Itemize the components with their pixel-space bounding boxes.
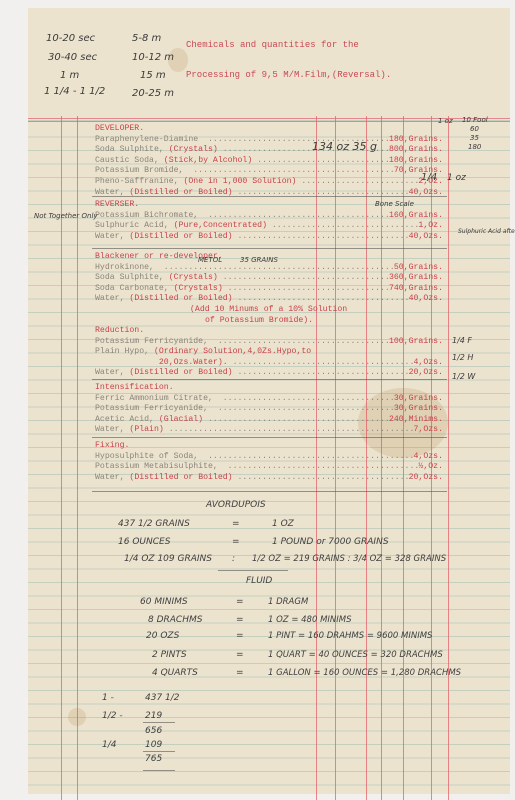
- margin-note: 30-40 sec: [48, 52, 97, 63]
- column-note: 1 oz: [438, 117, 453, 125]
- chemical-qualifier: (Crystals): [169, 273, 218, 284]
- chemical-name: Acetic Acid,: [95, 415, 159, 426]
- calc-value: 219: [145, 711, 162, 721]
- leader-dots: ........................................…: [218, 273, 389, 284]
- chemical-name: Soda Sulphite,: [95, 273, 169, 284]
- chemical-name: Plain Hypo,: [95, 347, 154, 358]
- chemical-row: Water, (Distilled or Boiled) ...........…: [95, 473, 443, 484]
- leader-dots: ........................................…: [233, 368, 409, 379]
- leader-dots: ........................................…: [203, 211, 389, 222]
- chemical-quantity: 4,Ozs.: [414, 452, 443, 463]
- calc-label: 1/4: [102, 740, 116, 750]
- chemical-row: Soda Sulphite, (Crystals) ..............…: [95, 273, 443, 284]
- section-note: (Add 10 Minums of a 10% Solution: [190, 305, 347, 316]
- leader-dots: ........................................…: [203, 452, 413, 463]
- conversion-right: 1 GALLON = 160 OUNCES = 1,280 DRACHMS: [268, 668, 461, 678]
- chemical-row: Plain Hypo, (Ordinary Solution,4,0Zs.Hyp…: [95, 347, 443, 358]
- chemical-quantity: 50,Grains.: [394, 263, 443, 274]
- chemical-name: Potassium Bichromate,: [95, 211, 203, 222]
- chemical-name: Pheno-Saffranine,: [95, 177, 183, 188]
- chemical-quantity: 40,Ozs.: [409, 232, 443, 243]
- conversion-equals: :: [232, 554, 235, 564]
- chemical-quantity: 360,Grains.: [389, 273, 443, 284]
- leader-dots: ........................................…: [296, 177, 418, 188]
- conversion-equals: =: [236, 615, 244, 625]
- chemical-quantity: 20,Ozs.: [409, 368, 443, 379]
- chemical-name: Potassium Ferricyanide,: [95, 404, 213, 415]
- chemical-name: Hyposulphite of Soda,: [95, 452, 203, 463]
- chemical-qualifier: (One in 1,000 Solution): [183, 177, 296, 188]
- conversion-left: 8 DRACHMS: [148, 615, 202, 625]
- chemical-qualifier: (Distilled or Boiled): [129, 294, 232, 305]
- chemical-row: Hydrokinone, ...........................…: [95, 263, 443, 274]
- section-heading: DEVELOPER.: [95, 124, 144, 133]
- margin-note: 1 m: [60, 70, 79, 81]
- sum-line: [143, 770, 175, 771]
- chemical-quantity: 7,Ozs.: [414, 425, 443, 436]
- handwritten-annotation: 35 GRAINS: [240, 256, 278, 264]
- chemical-name: Caustic Soda,: [95, 156, 164, 167]
- sum-line: [143, 722, 175, 723]
- chemical-row: Potassium Metabisulphite, ..............…: [95, 462, 443, 473]
- chemical-qualifier: (Distilled or Boiled): [129, 368, 232, 379]
- conversion-right: 1 POUND or 7000 GRAINS: [272, 537, 389, 547]
- conversion-equals: =: [236, 631, 244, 641]
- chemical-qualifier: (Pure,Concentrated): [174, 221, 267, 232]
- chemical-name: Hydrokinone,: [95, 263, 159, 274]
- conversion-left: 1/4 OZ 109 GRAINS: [124, 554, 212, 564]
- section-divider: [92, 379, 447, 380]
- column-line: [448, 116, 449, 800]
- chemical-quantity: 800,Grains.: [389, 145, 443, 156]
- conversion-left: 437 1/2 GRAINS: [118, 519, 190, 529]
- chemical-name: Soda Carbonate,: [95, 284, 174, 295]
- chemical-quantity: 1,Oz.: [418, 221, 443, 232]
- chemical-row: Ferric Ammonium Citrate, ...............…: [95, 394, 443, 405]
- chemical-row: Soda Carbonate, (Crystals) .............…: [95, 284, 443, 295]
- chemical-row: Potassium Bichromate, ..................…: [95, 211, 443, 222]
- calc-value: 437 1/2: [145, 693, 180, 703]
- conversion-right: 1 QUART = 40 OUNCES = 320 DRACHMS: [268, 650, 443, 660]
- conversion-right: 1 OZ = 480 MINIMS: [268, 615, 352, 625]
- conversion-left: 2 PINTS: [152, 650, 187, 660]
- handwritten-annotation: 1/4 F: [452, 336, 472, 345]
- conversion-right: 1 OZ: [272, 519, 294, 529]
- conversion-equals: =: [236, 668, 244, 678]
- chemical-row: Water, (Distilled or Boiled) ...........…: [95, 294, 443, 305]
- leader-dots: ........................................…: [267, 221, 418, 232]
- handwritten-annotation: Not Together Only: [34, 212, 98, 220]
- leader-dots: ........................................…: [203, 415, 389, 426]
- chemical-row: Acetic Acid, (Glacial) .................…: [95, 415, 443, 426]
- corner-note: 60: [470, 125, 479, 133]
- section-heading: Reduction.: [95, 326, 144, 335]
- chemical-qualifier: (Glacial): [159, 415, 203, 426]
- chemical-quantity: 180,Grains.: [389, 156, 443, 167]
- chemical-name: Water,: [95, 232, 129, 243]
- section-heading: REVERSER.: [95, 200, 139, 209]
- chemical-name: Water,: [95, 294, 129, 305]
- calc-label: 1 -: [102, 693, 114, 703]
- calc-value: 656: [145, 726, 162, 736]
- section-heading: Fixing.: [95, 441, 129, 450]
- chemical-row: Water, (Distilled or Boiled) ...........…: [95, 232, 443, 243]
- chemical-row: Water, (Plain) .........................…: [95, 425, 443, 436]
- chemical-name: Potassium Metabisulphite,: [95, 462, 223, 473]
- chemical-quantity: 180,Grains.: [389, 135, 443, 146]
- section-divider: [92, 491, 447, 492]
- leader-dots: ........................................…: [233, 294, 409, 305]
- leader-dots: ........................................…: [233, 473, 409, 484]
- chemical-name: [95, 358, 159, 369]
- leader-dots: ........................................…: [223, 284, 389, 295]
- chemical-qualifier: (Stick,by Alcohol): [164, 156, 252, 167]
- conversion-left: 16 OUNCES: [118, 537, 170, 547]
- handwritten-annotation: 134 oz 35 g: [312, 140, 377, 153]
- margin-note: 20-25 m: [132, 88, 174, 99]
- document-title-line-2: Processing of 9,5 M/M.Film,(Reversal).: [186, 70, 391, 80]
- conversion-equals: =: [232, 519, 240, 529]
- conversion-equals: =: [236, 650, 244, 660]
- conversion-left: 60 MINIMS: [140, 597, 188, 607]
- conversion-equals: =: [232, 537, 240, 547]
- chemical-qualifier: (Distilled or Boiled): [129, 232, 232, 243]
- chemical-quantity: ½,Oz.: [418, 462, 443, 473]
- chemical-qualifier: (Crystals): [174, 284, 223, 295]
- conversion-right: 1/2 OZ = 219 GRAINS : 3/4 OZ = 328 GRAIN…: [252, 554, 446, 564]
- chemical-row: Potassium Ferricyanide, ................…: [95, 404, 443, 415]
- margin-note: 10-12 m: [132, 52, 174, 63]
- chemical-row: Hyposulphite of Soda, ..................…: [95, 452, 443, 463]
- handwritten-annotation: 1/2 W: [452, 372, 475, 381]
- leader-dots: ........................................…: [213, 337, 389, 348]
- leader-dots: ........................................…: [228, 358, 414, 369]
- handwritten-annotation: Bone Scale: [375, 200, 414, 208]
- margin-note: 5-8 m: [132, 33, 161, 44]
- section-divider: [92, 437, 447, 438]
- margin-note: 10-20 sec: [46, 33, 95, 44]
- margin-note: 1 1/4 - 1 1/2: [44, 86, 105, 97]
- sum-line: [143, 751, 175, 752]
- chemical-qualifier: (Crystals): [169, 145, 218, 156]
- conversion-left: 4 QUARTS: [152, 668, 198, 678]
- chemical-row: Caustic Soda, (Stick,by Alcohol) .......…: [95, 156, 443, 167]
- leader-dots: ........................................…: [223, 462, 419, 473]
- section-divider: [92, 248, 447, 249]
- conversion-left: 20 OZS: [146, 631, 179, 641]
- leader-dots: ........................................…: [159, 263, 394, 274]
- chemical-quantity: 160,Grains.: [389, 211, 443, 222]
- section-divider: [92, 196, 447, 197]
- section-heading: Intensification.: [95, 383, 174, 392]
- chemical-row: 20,Ozs.Water). .........................…: [95, 358, 443, 369]
- chemical-name: Sulphuric Acid,: [95, 221, 174, 232]
- chemical-name: Soda Sulphite,: [95, 145, 169, 156]
- chemical-quantity: 740,Grains.: [389, 284, 443, 295]
- chemical-row: Soda Sulphite, (Crystals) ..............…: [95, 145, 443, 156]
- conversion-right: 1 DRAGM: [268, 597, 308, 607]
- chemical-quantity: 240,Minims.: [389, 415, 443, 426]
- chemical-quantity: 20,Ozs.: [409, 473, 443, 484]
- conversion-right: 1 PINT = 160 DRAHMS = 9600 MINIMS: [268, 631, 432, 641]
- handwritten-annotation: 1/2 H: [452, 353, 473, 362]
- fluid-heading: FLUID: [246, 576, 272, 586]
- chemical-qualifier: (Ordinary Solution,4,0Zs.Hypo,to: [154, 347, 311, 358]
- leader-dots: ........................................…: [218, 394, 394, 405]
- chemical-quantity: 30,Grains.: [394, 394, 443, 405]
- calc-label: 1/2 -: [102, 711, 123, 721]
- divider: [218, 570, 288, 571]
- chemical-name: Potassium Ferricyanide,: [95, 337, 213, 348]
- chemical-name: Water,: [95, 368, 129, 379]
- document-title-line-1: Chemicals and quantities for the: [186, 40, 359, 50]
- leader-dots: ........................................…: [233, 232, 409, 243]
- chemical-name: Ferric Ammonium Citrate,: [95, 394, 218, 405]
- calc-value: 109: [145, 740, 162, 750]
- handwritten-annotation: 1 oz: [447, 173, 466, 183]
- chemical-row: Pheno-Saffranine, (One in 1,000 Solution…: [95, 177, 443, 188]
- handwritten-annotation: 1/4: [421, 172, 437, 183]
- handwritten-annotation: METOL: [198, 256, 222, 264]
- chemical-name: Water,: [95, 425, 129, 436]
- chemical-row: Paraphenylene-Diamine ..................…: [95, 135, 443, 146]
- chemical-row: Water, (Distilled or Boiled) ...........…: [95, 368, 443, 379]
- chemical-name: Potassium Bromide,: [95, 166, 188, 177]
- chemical-name: Water,: [95, 473, 129, 484]
- chemical-qualifier: (Distilled or Boiled): [129, 473, 232, 484]
- chemical-qualifier: 20,Ozs.Water).: [159, 358, 228, 369]
- corner-note: 180: [468, 143, 481, 151]
- chemical-quantity: 30,Grains.: [394, 404, 443, 415]
- chemical-quantity: 100,Grains.: [389, 337, 443, 348]
- chemical-quantity: 40,Ozs.: [409, 294, 443, 305]
- chemical-row: Potassium Ferricyanide, ................…: [95, 337, 443, 348]
- avoirdupois-heading: AVORDUPOIS: [206, 500, 266, 510]
- section-note: of Potassium Bromide).: [205, 316, 313, 327]
- leader-dots: ........................................…: [188, 166, 394, 177]
- leader-dots: [311, 347, 443, 358]
- chemical-name: Paraphenylene-Diamine: [95, 135, 203, 146]
- corner-note: 35: [470, 134, 479, 142]
- chemical-row: Potassium Bromide, .....................…: [95, 166, 443, 177]
- chemical-row: Sulphuric Acid, (Pure,Concentrated) ....…: [95, 221, 443, 232]
- handwritten-annotation: Sulphuric Acid after ...: [458, 228, 515, 235]
- conversion-equals: =: [236, 597, 244, 607]
- leader-dots: ........................................…: [252, 156, 389, 167]
- margin-note: 15 m: [140, 70, 166, 81]
- leader-dots: ........................................…: [164, 425, 414, 436]
- chemical-qualifier: (Plain): [129, 425, 163, 436]
- chemical-quantity: 4,Ozs.: [414, 358, 443, 369]
- leader-dots: ........................................…: [213, 404, 394, 415]
- calc-value: 765: [145, 754, 162, 764]
- corner-note: 10 Fool: [462, 116, 488, 124]
